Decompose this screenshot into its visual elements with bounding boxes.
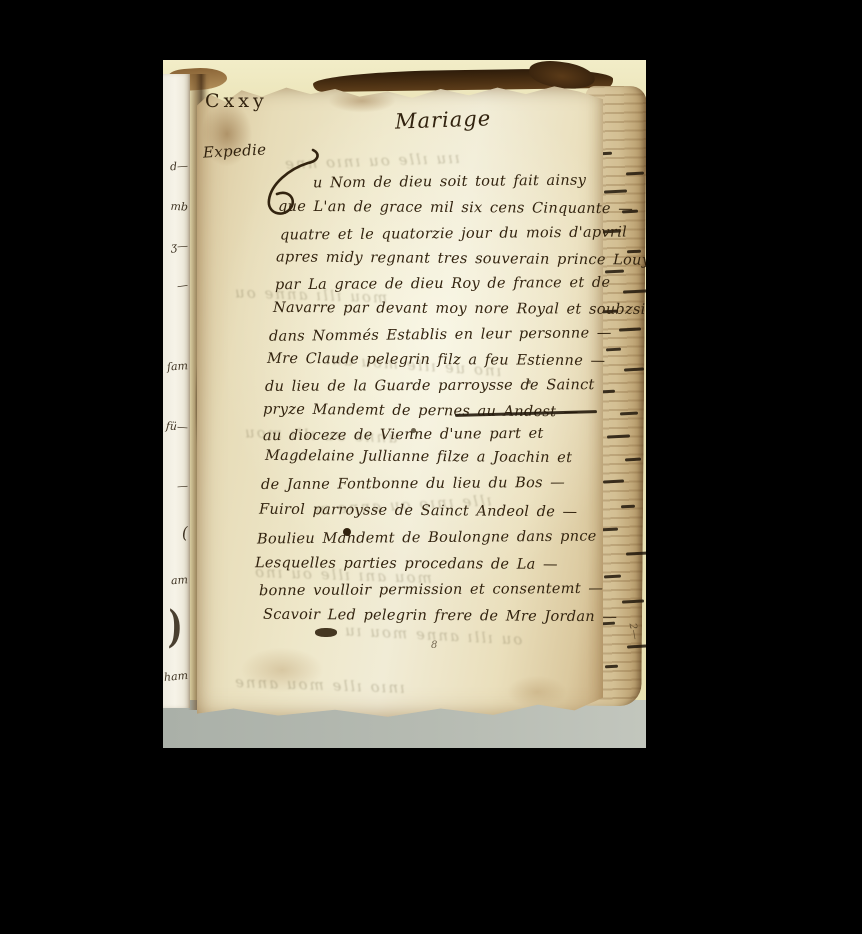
- body-line: Fuirol parroysse de Sainct Andeol de —: [259, 502, 577, 521]
- body-line: apres midy regnant tres souverain prince…: [276, 249, 646, 268]
- facing-page-ink-fragment: ſam: [163, 359, 188, 374]
- body-line: de Janne Fontbonne du lieu du Bos —: [261, 475, 565, 493]
- ink-blot: [315, 628, 337, 637]
- page-title: Mariage: [395, 106, 492, 133]
- photo-backdrop: { "colors":{ "backdrop":"#000000","table…: [0, 0, 862, 934]
- facing-page-ink-fragment: mb: [163, 199, 188, 213]
- body-line: Boulieu Mandemt de Boulongne dans pnce: [257, 529, 597, 548]
- body-line: du lieu de la Guarde parroysse de Sainct: [265, 377, 595, 395]
- body-line: Mre Claude pelegrin filz a feu Estienne …: [267, 351, 605, 369]
- body-line: u Nom de dieu soit tout fait ainsy: [313, 173, 586, 192]
- facing-page-ink-fragment: am: [163, 573, 188, 588]
- facing-page-ink-fragment: d—: [163, 159, 188, 174]
- facing-page-sliver: d— mb ʒ— — ſam fü— — ( am ham ): [163, 74, 190, 708]
- margin-note-expedie: Expedie: [203, 140, 267, 161]
- facing-page-ink-fragment: fü—: [163, 419, 188, 434]
- page-edge-ink-dash: [626, 551, 646, 555]
- body-line: que L'an de grace mil six cens Cinquante…: [278, 199, 633, 217]
- body-line: Navarre par devant moy nore Royal et sou…: [273, 300, 646, 318]
- body-line: Scavoir Led pelegrin frere de Mre Jordan…: [263, 607, 617, 625]
- body-line: quatre et le quatorzie jour du mois d'ap…: [280, 224, 627, 243]
- facing-page-ink-fragment: —: [163, 479, 188, 494]
- facing-page-brace-mark: ): [168, 602, 184, 654]
- body-line: Magdelaine Jullianne filze a Joachin et: [265, 448, 572, 466]
- foot-mark: 8: [431, 640, 438, 651]
- folio-number: Cxxy: [205, 90, 268, 112]
- page-edge-ink-dash: [627, 644, 646, 648]
- facing-page-ink-fragment: (: [163, 523, 189, 544]
- body-line: bonne voulloir permission et consentemt …: [259, 581, 603, 599]
- manuscript-photo: d— mb ʒ— — ſam fü— — ( am ham ) 2— ııu ı…: [163, 60, 646, 748]
- body-line: Lesquelles parties procedans de La —: [255, 555, 558, 573]
- body-line: au dioceze de Vienne d'une part et: [263, 426, 544, 444]
- facing-page-ink-fragment: ʒ—: [163, 239, 188, 254]
- body-line: par La grace de dieu Roy de france et de: [275, 275, 610, 293]
- facing-page-ink-fragment: ham: [163, 669, 189, 684]
- top-edge-stain: [317, 88, 407, 114]
- facing-page-ink-fragment: —: [163, 278, 189, 294]
